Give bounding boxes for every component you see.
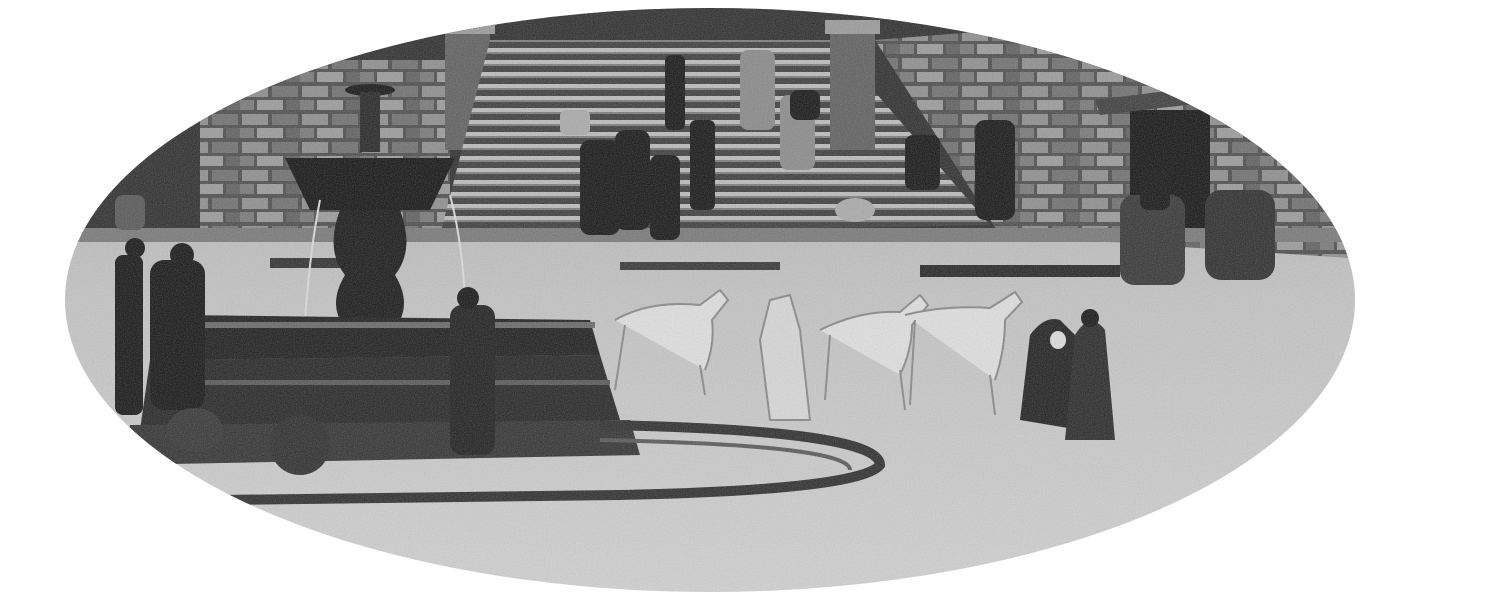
photo-content	[0, 0, 1500, 605]
photo-frame	[0, 0, 1500, 605]
oval-photograph	[0, 0, 1500, 605]
film-grain	[0, 0, 1500, 605]
